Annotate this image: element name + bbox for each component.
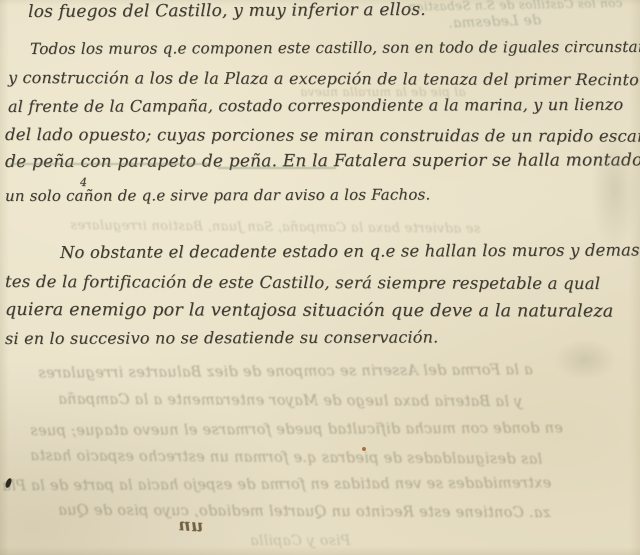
manuscript-line: Todos los muros q.e componen este castil… (30, 38, 640, 58)
bleedthrough-fragment: al pie de la muralla nueva (300, 85, 466, 99)
manuscript-line: los fuegos del Castillo, y muy inferior … (28, 0, 426, 22)
manuscript-page: los fuegos del Castillo, y muy inferior … (0, 0, 640, 555)
manuscript-line: un solo cañon de q.e sirve para dar avis… (5, 186, 431, 205)
bleedthrough-fragment: za. Contiene este Recinto un Quartel med… (58, 503, 551, 522)
bleedthrough-fragment: en donde con mucha dificultad puede form… (30, 421, 563, 440)
superscript-caliber-mark: 4 (80, 176, 87, 189)
manuscript-line: si en lo succesivo no se desatiende su c… (5, 327, 438, 348)
manuscript-line: tes de la fortificación de este Castillo… (5, 272, 600, 293)
bleedthrough-fragment: Piso y Capilla (250, 533, 350, 549)
bleedthrough-fragment: las desigualdades de piedras q.e forman … (30, 448, 542, 468)
bleedthrough-underline (10, 163, 210, 165)
rust-speck (362, 447, 366, 451)
manuscript-line: del lado opuesto; cuyas porciones se mir… (5, 125, 640, 146)
bleedthrough-fragment: y la Bateria baxa luego de Mayor enteram… (58, 392, 522, 410)
bleedthrough-fragment: con los Castillos de S.n Sebastian (408, 0, 623, 14)
manuscript-line: No obstante el decadente estado en q.e s… (60, 240, 640, 262)
bleedthrough-fragment: de Ledesma. (448, 12, 542, 31)
bleedthrough-fragment: a la Forma del Asserin se compone de die… (38, 362, 533, 381)
dark-showthrough-word: un (177, 515, 204, 537)
bleedthrough-fragment: se advierte baxa la Campaña, San Juan, B… (70, 218, 481, 237)
paper-smudge (540, 330, 630, 390)
manuscript-line: quiera enemigo por la ventajosa situació… (5, 300, 614, 322)
bleedthrough-underline (218, 167, 336, 169)
bleedthrough-fragment: extremidades se ven batidas en forma de … (2, 476, 551, 495)
